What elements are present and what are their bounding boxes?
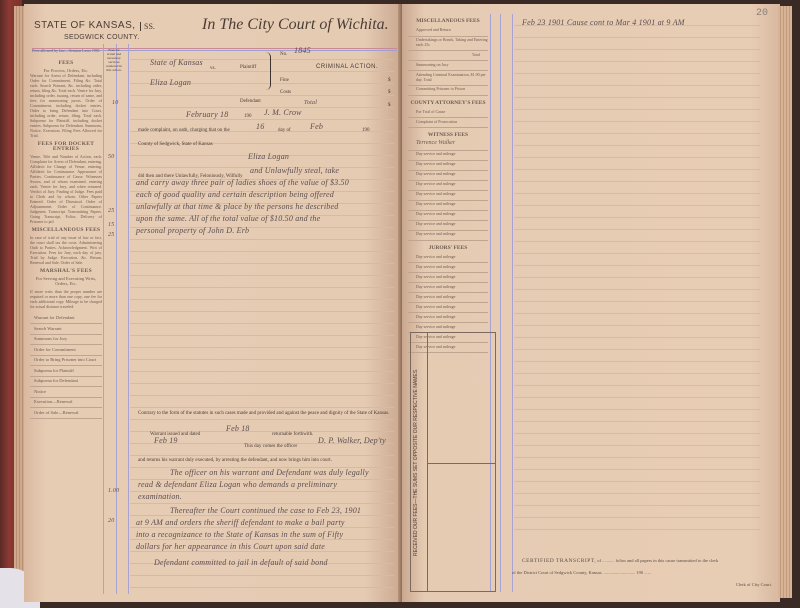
statute-text: Contrary to the form of the statutes in …	[138, 408, 394, 420]
marshal-item: Search Warrant	[30, 326, 102, 335]
complaint-text: made complaint, on oath, charging that o…	[138, 128, 230, 133]
returns-text: and returns his warrant duly executed, b…	[138, 458, 332, 463]
officer-label: This day comes the officer	[244, 444, 297, 449]
marshal-item: Execution—Renewal	[30, 399, 102, 408]
charge-line: unlawfully at that time & place by the p…	[136, 202, 338, 211]
day-label: day of	[278, 128, 291, 133]
plaintiff-label: Plaintiff	[240, 65, 256, 70]
warrant-date: Feb 18	[226, 424, 250, 433]
fine-currency: $	[388, 78, 391, 83]
marshal-item: Order for Commitment	[30, 347, 102, 356]
marshal-item: Warrant for Defendant	[30, 315, 102, 324]
proceeding-line: dollars for her appearance in this Court…	[136, 542, 325, 551]
proceeding-line: into a recognizance to the State of Kans…	[136, 530, 343, 539]
column-rule	[103, 44, 104, 594]
certified-title: CERTIFIED TRANSCRIPT,	[522, 558, 596, 564]
marshal-item: Summons for Jury	[30, 336, 102, 345]
juror-line: Day service and mileage	[408, 254, 488, 264]
marshal-item: Notice	[30, 389, 102, 398]
complaint-date: February 18	[186, 110, 228, 119]
proceeding-line: Defendant committed to jail in default o…	[154, 558, 328, 567]
ss-label: SS.	[140, 22, 155, 31]
defendant-label: Defendant	[240, 99, 261, 104]
complainant: J. M. Crow	[264, 108, 302, 117]
fine-label: Fine	[280, 78, 289, 83]
receipt-divider-horizontal	[427, 463, 495, 464]
ledger-entry: Feb 23 1901 Cause cont to Mar 4 1901 at …	[522, 18, 685, 27]
fee-amount: 50	[108, 154, 114, 160]
receipt-text: RECEIVED OUR FEES—THE SUMS SET OPPOSITE …	[413, 333, 425, 591]
fees-allowed-note: Fees allowed by law—Session Laws 1901	[30, 48, 102, 53]
fee-amount: 15	[108, 222, 114, 228]
page-edges-right	[778, 6, 792, 598]
witness-line: Day service and mileage	[408, 231, 488, 241]
juror-line: Day service and mileage	[408, 314, 488, 324]
charge-line: and carry away three pair of ladies shoe…	[136, 178, 349, 187]
marshal-item: Subpoena for Defendant	[30, 378, 102, 387]
case-record-area: No. 1845 CRIMINAL ACTION. State of Kansa…	[130, 48, 394, 594]
county-attorney-item: Complaint of Prosecution	[408, 119, 488, 129]
proceeding-line: at 9 AM and orders the sheriff defendant…	[136, 518, 345, 527]
marshal-fine-print: If more writs than the proper number are…	[30, 289, 102, 309]
case-number: 1845	[294, 46, 311, 55]
ledger-notes-area: Feb 23 1901 Cause cont to Mar 4 1901 at …	[514, 14, 760, 532]
marshal-item: Order of Sale—Renewal	[30, 410, 102, 419]
defendant-name: Eliza Logan	[150, 78, 191, 87]
fee-amount: 1.00	[108, 488, 119, 494]
charge-line: personal property of John D. Erb	[136, 226, 249, 235]
proceeding-line: examination.	[138, 492, 182, 501]
docket-fine-print: Venue, Title and Number of Action, each.…	[30, 154, 102, 224]
vs-label: vs.	[210, 66, 216, 71]
misc-fee-item: Attending Criminal Examination, $1.00 pe…	[408, 72, 488, 86]
charge-line: upon the same. All of the total value of…	[136, 214, 320, 223]
misc-fees-heading: MISCELLANEOUS FEES	[408, 19, 488, 24]
marshal-subheading: For Serving and Executing Writs, Orders,…	[30, 276, 102, 286]
fee-receipt-box: RECEIVED OUR FEES—THE SUMS SET OPPOSITE …	[410, 332, 496, 592]
year-prefix: 190	[244, 114, 252, 119]
case-number-label: No.	[280, 52, 287, 57]
total-label: Total	[304, 100, 317, 106]
fees-heading: FEES	[30, 61, 102, 66]
certified-line2: of the District Court of Sedgwick County…	[512, 570, 651, 575]
column-rule	[128, 44, 129, 594]
witness-line: Day service and mileage	[408, 151, 488, 161]
certified-line1: of ........... folios and all papers in …	[597, 558, 718, 563]
juror-line: Day service and mileage	[408, 284, 488, 294]
brace	[266, 52, 271, 90]
misc-fee-item: Approved and Return	[408, 27, 488, 37]
misc-fee-item: Total	[408, 52, 488, 62]
costs-label: Costs	[280, 90, 291, 95]
witness-line: Day service and mileage	[408, 201, 488, 211]
court-title: In The City Court of Wichita.	[202, 16, 389, 34]
proceeding-line: The officer on his warrant and Defendant…	[170, 468, 369, 477]
fee-amount: 25	[108, 232, 114, 238]
officer-date: Feb 19	[154, 436, 178, 445]
right-page: 20 MISCELLANEOUS FEES Approved and Retur…	[402, 4, 780, 602]
fees-fine-print: Warrant for Arrest of Defendant, includi…	[30, 73, 102, 138]
officer-name: D. P. Walker, Dep'ty	[318, 436, 386, 445]
witness-name: Terrence Walker	[408, 141, 488, 151]
offense-month: Feb	[310, 122, 323, 131]
county-text: County of Sedgwick, State of Kansas	[138, 142, 213, 147]
witness-line: Day service and mileage	[408, 181, 488, 191]
right-fee-column: MISCELLANEOUS FEES Approved and Return U…	[408, 14, 488, 334]
proceeding-line: Thereafter the Court continued the case …	[170, 506, 361, 515]
left-page: STATE OF KANSAS, SEDGWICK COUNTY. SS. In…	[24, 4, 402, 602]
county-label: SEDGWICK COUNTY.	[64, 34, 139, 41]
marshal-item: Order to Bring Prisoner into Court	[30, 357, 102, 366]
returnable-label: returnable forthwith.	[272, 432, 313, 437]
costs-currency: $	[388, 90, 391, 95]
column-rule	[512, 14, 513, 592]
charge-line: each of good quality and certain descrip…	[136, 190, 334, 199]
fees-column-header: Fees for actual and necessary services r…	[104, 48, 124, 72]
year-prefix-2: 190	[362, 128, 370, 133]
juror-line: Day service and mileage	[408, 264, 488, 274]
misc-fee-item: Committing Prisoner to Prison	[408, 86, 488, 96]
misc-fine-print: In case of trial of any issue of law or …	[30, 235, 102, 265]
witness-line: Day service and mileage	[408, 211, 488, 221]
witness-line: Day service and mileage	[408, 161, 488, 171]
marshal-heading: MARSHAL'S FEES	[30, 269, 102, 274]
witness-fees-heading: WITNESS FEES	[408, 133, 488, 138]
fee-amount: 10	[112, 100, 118, 106]
column-rule	[500, 14, 501, 592]
witness-line: Day service and mileage	[408, 171, 488, 181]
county-attorney-item: For Trial of Cause	[408, 109, 488, 119]
juror-line: Day service and mileage	[408, 274, 488, 284]
accused-name: Eliza Logan	[248, 152, 289, 161]
misc-fee-item: Summoning on Jury	[408, 62, 488, 72]
proceeding-line: read & defendant Eliza Logan who demands…	[138, 480, 337, 489]
witness-line: Day service and mileage	[408, 191, 488, 201]
juror-line: Day service and mileage	[408, 304, 488, 314]
charge-line: and Unlawfully steal, take	[250, 166, 339, 175]
marshal-item: Subpoena for Plaintiff	[30, 368, 102, 377]
plaintiff-name: State of Kansas	[150, 58, 203, 67]
state-label: STATE OF KANSAS,	[34, 20, 136, 31]
county-attorney-heading: COUNTY ATTORNEY'S FEES	[408, 101, 488, 106]
receipt-divider	[427, 333, 428, 591]
fee-amount: 25	[108, 208, 114, 214]
clerk-signature-label: Clerk of City Court.	[736, 582, 772, 587]
misc-heading: MISCELLANEOUS FEES	[30, 228, 102, 233]
action-type: CRIMINAL ACTION.	[316, 64, 378, 70]
column-rule	[116, 44, 117, 594]
misc-fee-item: Undertakings or Bonds, Taking and Enteri…	[408, 37, 488, 51]
total-currency: $	[388, 103, 391, 108]
fee-amount: 20	[108, 518, 114, 524]
page-header: STATE OF KANSAS, SEDGWICK COUNTY. SS. In…	[32, 12, 397, 42]
juror-line: Day service and mileage	[408, 294, 488, 304]
witness-line: Day service and mileage	[408, 221, 488, 231]
fee-schedule-column: Fees allowed by law—Session Laws 1901 FE…	[30, 48, 102, 594]
offense-day: 16	[256, 122, 264, 131]
jurors-fees-heading: JURORS' FEES	[408, 246, 488, 251]
docket-heading: FEES FOR DOCKET ENTRIES	[30, 142, 102, 152]
